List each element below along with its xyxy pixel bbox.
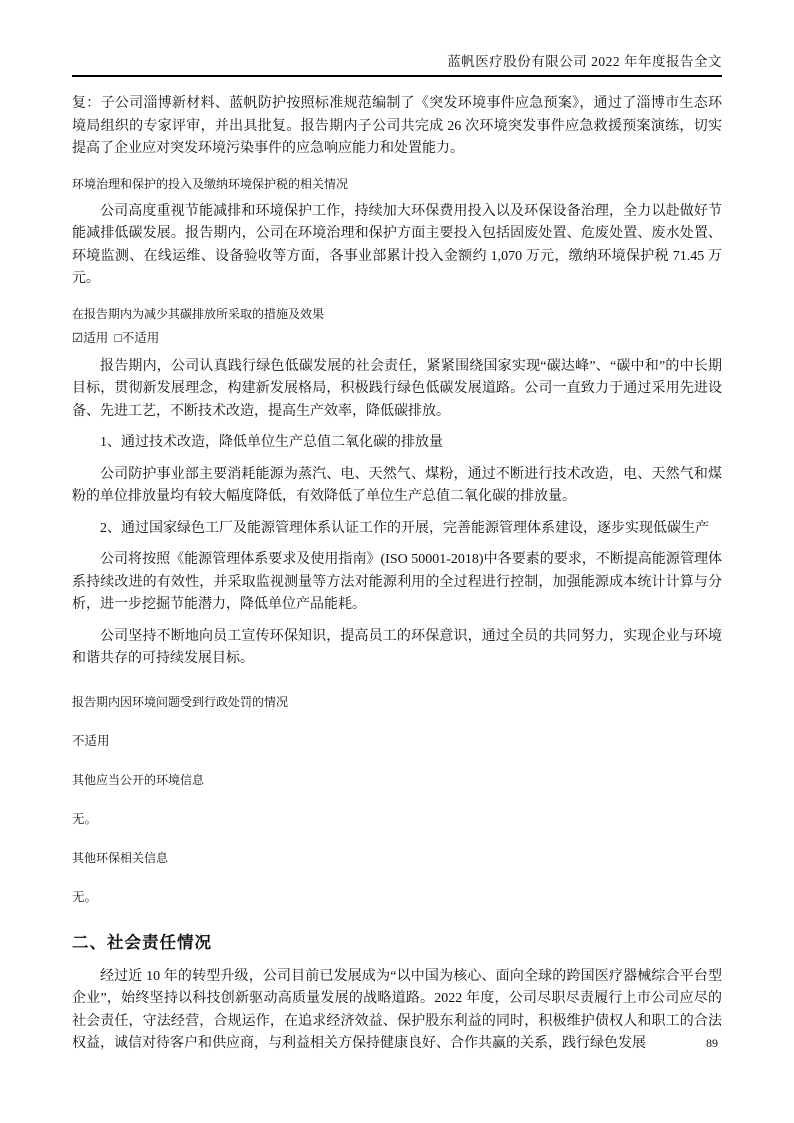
paragraph-iso-energy: 公司将按照《能源管理体系要求及使用指南》(ISO 50001-2018)中各要素… — [72, 549, 722, 617]
paragraph-carbon-strategy: 报告期内，公司认真践行绿色低碳发展的社会责任，紧紧围绕国家实现“碳达峰”、“碳中… — [72, 356, 722, 424]
subheading-carbon-measures: 在报告期内为减少其碳排放所采取的措施及效果 — [72, 306, 722, 322]
page-header: 蓝帆医疗股份有限公司 2022 年年度报告全文 — [72, 0, 722, 77]
paragraph-emergency-plan: 复：子公司淄博新材料、蓝帆防护按照标准规范编制了《突发环境事件应急预案》，通过了… — [72, 93, 722, 161]
paragraph-item2-title: 2、通过国家绿色工厂及能源管理体系认证工作的开展，完善能源管理体系建设，逐步实现… — [72, 518, 722, 541]
subheading-env-investment: 环境治理和保护的投入及缴纳环境保护税的相关情况 — [72, 176, 722, 192]
unchecked-checkbox-icon: □ — [114, 331, 122, 345]
not-applicable-label: 不适用 — [122, 331, 160, 345]
text-none-public-env: 无。 — [72, 811, 722, 827]
text-not-applicable: 不适用 — [72, 733, 722, 749]
text-none-other-env: 无。 — [72, 889, 722, 905]
header-title: 蓝帆医疗股份有限公司 2022 年年度报告全文 — [447, 54, 722, 69]
applicable-label: 适用 — [83, 331, 108, 345]
paragraph-item1-title: 1、通过技术改造，降低单位生产总值二氧化碳的排放量 — [72, 432, 722, 455]
paragraph-item1-body: 公司防护事业部主要消耗能源为蒸汽、电、天然气、煤粉，通过不断进行技术改造，电、天… — [72, 464, 722, 509]
report-page: 蓝帆医疗股份有限公司 2022 年年度报告全文 复：子公司淄博新材料、蓝帆防护按… — [0, 0, 794, 1123]
checked-checkbox-icon: ☑ — [72, 331, 83, 345]
applicability-line: ☑适用□不适用 — [72, 330, 722, 346]
section-heading-social-responsibility: 二、社会责任情况 — [72, 932, 722, 954]
paragraph-social-responsibility: 经过近 10 年的转型升级，公司目前已发展成为“以中国为核心、面向全球的跨国医疗… — [72, 966, 722, 1056]
subheading-admin-penalty: 报告期内因环境问题受到行政处罚的情况 — [72, 694, 722, 710]
paragraph-employee-awareness: 公司坚持不断地向员工宣传环保知识，提高员工的环保意识，通过全员的共同努力，实现企… — [72, 626, 722, 671]
subheading-other-env-info: 其他环保相关信息 — [72, 850, 722, 866]
paragraph-env-investment: 公司高度重视节能减排和环境保护工作，持续加大环保费用投入以及环保设备治理，全力以… — [72, 201, 722, 291]
subheading-other-public-env-info: 其他应当公开的环境信息 — [72, 772, 722, 788]
page-number: 89 — [706, 1036, 718, 1051]
